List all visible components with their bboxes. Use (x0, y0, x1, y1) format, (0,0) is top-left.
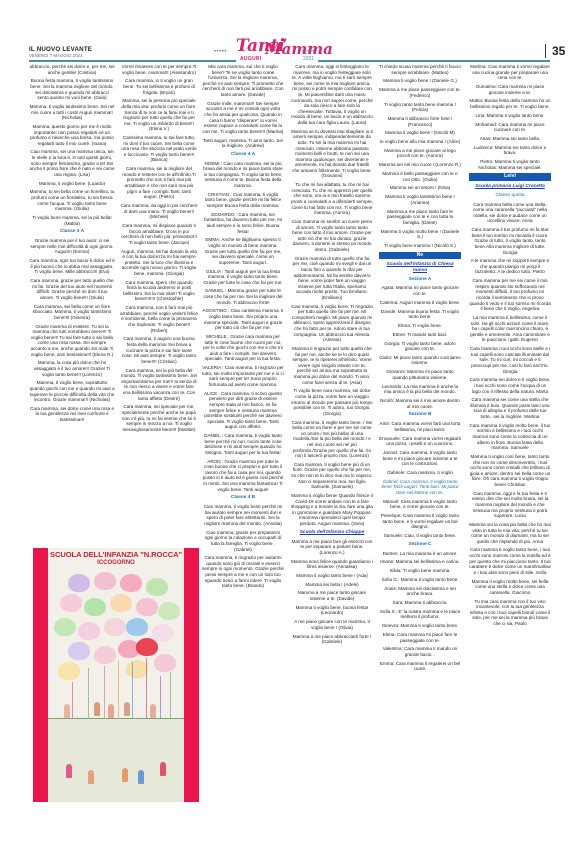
message: Mia cara mamma, sai che ti voglio bene? … (202, 64, 284, 98)
message: Mamma, ti voglio bene, soprattutto quand… (29, 380, 115, 402)
class-heading: Classe quinta (469, 193, 551, 199)
logo-year: 2021 (303, 56, 314, 62)
message: Mamma sei la cosa più bella che ho mai v… (469, 522, 551, 544)
message: Cara mamma il tuo profumo mi fa star ben… (469, 227, 551, 255)
message: GIULIA : Tanti auguri per la tua festa m… (202, 269, 284, 286)
message: Tu che mi hai allattata, tu che mi hai c… (291, 182, 373, 216)
message: Mamma ti ringrazio per tutto quello che … (291, 346, 373, 385)
class-heading: Classe 4 A (202, 152, 284, 158)
message: Mamma a me piace tanto giocare insieme a… (291, 590, 373, 601)
message: Agata: Mamma mi piace tanto giocare con … (379, 285, 461, 296)
message: VALERIA : Ciao mamma, ti ringrazio per t… (202, 365, 284, 387)
message: Ti voglio bene cara mamma, sei dolce com… (291, 388, 373, 416)
message: Cara mamma, ti ringrazio per aiutarmi qu… (202, 555, 284, 589)
message: Cara mamma ti voglio tanto bene, i tuoi … (469, 547, 551, 575)
message: Mamma ti voglio bene, buona festa! (Leon… (291, 605, 373, 616)
message: CRISTIAN : Ciao mamma, ti voglio tanto b… (202, 192, 284, 209)
message: Mamma ti voglio molto bene ! (Daniele S.… (379, 229, 461, 240)
page-number-divider (545, 44, 546, 58)
message: Mamma a me piace giocare ai lego piccoli… (379, 148, 461, 159)
message: Samuele: Ciao, ti voglio tanto bene. (379, 533, 461, 539)
message: Cara mamma, oggi si festeggiano le mamme… (291, 64, 373, 126)
message: Ciao mamma, ti voglio bene perché mi hai… (202, 504, 284, 526)
message: Mamma sono felice quando guardiamo i fil… (291, 559, 373, 570)
message: Auguri, mamma. Mi hai donato la vita e c… (120, 249, 198, 277)
message: Cara mamma, sei bella come un fiore sboc… (29, 304, 115, 321)
message: Mamma sei un tesoro ! (Nina) (379, 185, 461, 191)
message: Ti voglio bene mamma ! (Nicolò S.) (379, 243, 461, 249)
heart-balloon-icon (104, 618, 126, 636)
child-figure (122, 768, 128, 782)
newspaper-name: IL NUOVO LEVANTE (29, 46, 92, 53)
message: Ludovica: Mamma sei tanto dolce e brava. (469, 145, 551, 156)
message: Mamma ti voglio tantissimo bene ! (Arian… (379, 194, 461, 205)
message: Mamma se tu dovessi mai sbagliare io ti … (291, 129, 373, 179)
message: Grazie mamma di esistere. Tu sei la mamm… (29, 324, 115, 358)
column-2: Vorrei rimanere con te per sempre.Ti vog… (120, 64, 198, 435)
message: Cara mamma, ogni tuo bacio è dolce ed è … (29, 258, 115, 275)
drawing-canvas: SCUOLA DELL'INFANZIA "N.ROCCA" ICCOGORNO (48, 548, 184, 802)
message: Manuel: Cara mamma ti voglio tanto bene,… (379, 499, 461, 510)
message: Giorgia: Ti voglio tanto bene, adoro gio… (379, 341, 461, 352)
heart-balloon-icon (154, 654, 176, 672)
message: Ciao mamma, sei una mamma unica, sei le … (29, 149, 115, 177)
message: Grazie mille, mamma!!! Sei sempre accant… (202, 101, 284, 135)
message-highlighted: Gabriel: Cara mamma, ti voglio tanto ben… (379, 479, 461, 496)
message: Mamma ti voglio bene ! (Daniele G.) (379, 78, 461, 84)
heart-balloon-icon (68, 574, 90, 592)
child-figure (138, 770, 144, 784)
issue-date: VENERDÌ 7 MAGGIO 2021 (29, 53, 82, 58)
message: Mamma ti voglio tanto bene ! (Ada) (291, 573, 373, 579)
message: SAMUEL : Mamma grazie per tutte le cose … (202, 288, 284, 305)
page-number: 35 (552, 44, 565, 58)
message: Buona festa mamma, ti voglio tantissimo … (29, 78, 115, 100)
heart-balloon-icon (60, 594, 82, 612)
message: Cara mamma sei come una stella che illum… (469, 397, 551, 419)
heart-balloon-icon (58, 662, 80, 680)
message: Cara mamma, sei speciale per me, special… (120, 404, 198, 432)
message: Cara mamma ti voglio molto bene, il tuo … (469, 423, 551, 451)
header-rule-right (318, 60, 550, 62)
message: Mamma è bello passeggiare con te e con O… (379, 171, 461, 182)
message: Vorrei rimanere con te per sempre.Ti vog… (120, 64, 198, 75)
message: Grazie mamma per il tuo aiuto: ci sei se… (29, 238, 115, 255)
message: Cara mamma per me sei come il mio respir… (469, 278, 551, 312)
message: Ciao mamma mi sembri un cuore pieno di a… (291, 219, 373, 253)
message: Ettore: Ti mando tanti baci. (379, 332, 461, 338)
heart-balloon-icon (126, 618, 148, 636)
message: La mia mamma è bellissima, come il sole.… (469, 315, 551, 343)
message: Ti voglio tanto tanto bene mamma ! (Feli… (379, 102, 461, 113)
message: DANIEL : Cara mamma, ti voglio tanto ben… (202, 433, 284, 455)
heart-balloon-icon (136, 598, 158, 616)
child-figure (94, 702, 100, 716)
message: Elena: Cara mamma mi piace fare le passe… (379, 632, 461, 643)
message: Ti voglio bene mamma, sei la più bella! … (29, 215, 115, 226)
message: Cara mamma, sei dolce come una rosa e la… (29, 406, 115, 423)
message: Cara mamma bella come una stella, come u… (469, 202, 551, 224)
message: Imane: Mamma sei bellissima e carina. (379, 559, 461, 565)
message: Tu mia cara mamma con il tuo viso incant… (469, 599, 551, 627)
section-heading: Sezione C (379, 542, 461, 548)
heart-balloon-icon (94, 572, 116, 590)
message: Cara mamma, spero che quando finirà la s… (120, 280, 198, 302)
column-5: Ti chiedo scusa mamma perché ti faccio s… (379, 64, 461, 675)
message: Mamma, ti voglio tantissimo bene. Sei ne… (29, 104, 115, 121)
message: AGOSTINO : Ciao carissima mamma, ti vogl… (202, 308, 284, 330)
message: Mohamed: Cara mamma mi piace cucinare co… (469, 122, 551, 133)
message: Cara mamma, da oggi in poi cercherò di d… (120, 203, 198, 220)
message: Cara mamma, grazie per tutto quello che … (29, 278, 115, 300)
message: Cara mamma, ti auguro una buona festa de… (120, 336, 198, 364)
message: Cara mamma, io ti voglio un gran bene. T… (120, 78, 198, 95)
message: Sofia G.: Mamma ti voglio tanto bene. (379, 577, 461, 583)
message: Penelope: Cara mamma ti voglio tanto tan… (379, 513, 461, 530)
message: Sara: Mamma ti abbraccio. (379, 600, 461, 606)
message: MICHELE : Grazie cara mamma per tutte le… (202, 334, 284, 362)
class-heading: Classe 3 A (29, 229, 115, 235)
heart-balloon-icon (68, 642, 90, 660)
message: Tanti auguri, mamma. Ti amo tanto. Sei l… (202, 138, 284, 149)
heart-balloon-icon (94, 646, 116, 664)
school-heading-link[interactable]: Scuola dell'infanzia di Chiesa nuova (379, 262, 461, 273)
message: Nicholas: Mamma sei speciale. (469, 165, 551, 171)
message: ALICE : Cara mamma, ti scrivo questo pen… (202, 391, 284, 430)
masthead: IL NUOVO LEVANTE VENERDÌ 7 MAGGIO 2021 •… (0, 0, 580, 62)
message: Mamma a me piace fare gli esercizi con t… (291, 539, 373, 556)
child-figure (88, 770, 94, 784)
column-1: abbraccio, perché sei dolce e, per me, s… (29, 64, 115, 426)
message: Mamma, la cosa più dolce che ho assaggia… (29, 360, 115, 377)
message: Cara mamma, sei la più bella del mondo. … (120, 368, 198, 402)
heart-balloon-icon (84, 598, 106, 616)
message: Valentina: Cara mamma ti mando un grande… (379, 646, 461, 657)
section-heading: Sezione A (379, 277, 461, 283)
message: Mamma ti voglio bene ! (Nicolò M) (379, 130, 461, 136)
message: Giovanni: Mamma mi piace tanto quando pi… (379, 369, 461, 380)
message: Mamma, tu sei bella come un fiorellino, … (29, 189, 115, 211)
drawing-subtitle: ICCOGORNO (48, 560, 184, 566)
message: Oumaima: Cara mamma mi piace giocare ins… (469, 84, 551, 95)
message: Mamma ti voglio molto bene, sei bella co… (469, 579, 551, 596)
message: EDOARDO : Cara mamma, sei fantastica, fa… (202, 212, 284, 234)
child-figure (150, 704, 156, 718)
message: Martina: Ciao mamma ti vorrei regalare u… (469, 64, 551, 81)
message: Ti chiedo scusa mamma perché ti faccio s… (379, 64, 461, 75)
logo-mamma: Mamma (265, 40, 333, 58)
message: abbraccio, perché sei dolce e, per me, s… (29, 64, 115, 75)
column-4: Cara mamma, oggi si festeggiano le mamme… (291, 64, 373, 648)
message: A te mamma che mi sopporti sempre e che … (469, 258, 551, 275)
message: Ciao mamma, ti voglio bene. Ti ringrazio… (291, 304, 373, 343)
message: NOEMI : Ciao cara mamma, sei la più brav… (202, 161, 284, 189)
message: A me piace giocare con te mamma, ti vogl… (291, 619, 373, 630)
message: Emma: Cara mamma ti regalerei un bel cuo… (379, 661, 461, 672)
message: Mamma sei bella ! (Adele) (291, 582, 373, 588)
message: Mamma, ti voglio bene. (Luardo) (29, 181, 115, 187)
message: Pietro: Mamma ti voglio tanto (469, 159, 551, 165)
column-6: Martina: Ciao mamma ti vorrei regalare u… (469, 64, 551, 630)
heart-balloon-icon (78, 622, 100, 640)
section-heading: Sezione B (379, 412, 461, 418)
message: Mamma sei nel mio cuore ! (Lorenzo R.) (379, 162, 461, 168)
logo-auguri: AUGURI (240, 56, 262, 62)
school-heading-link[interactable]: Scuola primaria Luigi Crocetta (469, 184, 551, 190)
message: Lina: Mamma ti voglio tanto bene. (469, 113, 551, 119)
child-figure (64, 704, 70, 718)
message: Cara mamma, sei la migliore del mondo e … (120, 166, 198, 200)
message: Elena: Ti voglio bene. (379, 323, 461, 329)
message: Mattia: Buona festa della mamma ho un be… (469, 98, 551, 109)
decorative-dots-left: ••••• (214, 49, 227, 55)
message: Mamma ti abbraccio forte forte ! (France… (379, 116, 461, 127)
message: Sofia S.: E' la nostra mamma e le piace … (379, 609, 461, 620)
message: Caterina: Auguri mamma ti voglio bene. (379, 300, 461, 306)
school-heading-link[interactable]: Scuola dell'Infanzia Chiappe (291, 530, 373, 536)
message: Mamma, questo giorno per me è molto impo… (29, 124, 115, 146)
heart-balloon-icon (158, 602, 180, 620)
message: Jannat: Cara mamma, ti voglio tanto bene… (379, 450, 461, 467)
child-figure (124, 702, 130, 716)
message: Leonardo: La mia mamma è anche la mia am… (379, 384, 461, 395)
drawing-title: SCUOLA DELL'INFANZIA "N.ROCCA" (48, 550, 184, 559)
message: Anas: Mamma sei tanto bella. (469, 136, 551, 142)
message: Amir: Cara mamma vorrei farti una torta … (379, 421, 461, 432)
message: Mamma ti voglio bene! Quando finisce il … (291, 493, 373, 527)
decorative-dots-right: ••••• (302, 49, 315, 55)
message: Ciao mamma, oggi è la tua festa e ti vol… (469, 491, 551, 519)
message: Silvia: Ti voglio bene mamma. (379, 568, 461, 574)
message: Darsen: La mia mamma è un amore. (379, 551, 461, 557)
class-heading: Classe 4 B (202, 495, 284, 501)
message: EMMA: Anche se litighiamo spesso ti vogl… (202, 237, 284, 265)
town-banner: Ne (379, 252, 461, 260)
message: Emanuele: Cara mamma vorrei regalarti un… (379, 436, 461, 447)
message: Nicolò: Mamma sei il mio amore dentro al… (379, 398, 461, 409)
message: Mamma ti voglio così bene, tanto tanto c… (469, 454, 551, 488)
message: Davide: Mamma buona festa. Ti voglio tan… (379, 309, 461, 320)
message: Cara mamma, ti voglio tanto bene. / Sei … (291, 420, 373, 459)
heart-balloon-icon (120, 574, 142, 592)
message: Ciao mamma, grazie per prepararmi ogni g… (202, 530, 284, 552)
message: Mamma a me piace passeggiare con te. (Fe… (379, 87, 461, 98)
message: Io voglio bene alla mia mamma ! (Alice) (379, 139, 461, 145)
message: Mamma a me piace tanto fare le passeggia… (379, 209, 461, 226)
heart-balloon-icon (146, 578, 168, 596)
child-figure (160, 762, 166, 776)
school-drawing-image: SCUOLA DELL'INFANZIA "N.ROCCA" ICCOGORNO (33, 548, 199, 802)
message: Anais: Mamma sei dolcissima e sei anche … (379, 586, 461, 597)
message: Carissima mamma, tu sai fare tutto, mi d… (120, 135, 198, 163)
child-figure (66, 764, 72, 778)
message: Mamma a me piace abbracciarti forte ! (G… (291, 634, 373, 645)
heart-balloon-icon (136, 638, 158, 656)
heart-balloon-icon (126, 660, 148, 678)
town-banner: Leivi (469, 173, 551, 181)
page-corner-mark: - (30, 828, 31, 833)
message: Cara mamma, ti voglio bene più di un fio… (291, 462, 373, 490)
message: Mamma, sei la persona più speciale della… (120, 98, 198, 132)
heart-balloon-icon (152, 624, 174, 642)
message: Ginevra: Mamma ti voglio tanto bene. (379, 623, 461, 629)
header-rule-left (29, 60, 236, 62)
drawing-ground (48, 718, 184, 802)
column-3: Mia cara mamma, sai che ti voglio bene? … (202, 64, 284, 592)
message: Cara mamma, mi dispiace quando ti faccio… (120, 223, 198, 245)
child-figure (108, 704, 114, 718)
message: Cara mamma, non ti farò mai più arrabbia… (120, 305, 198, 333)
message: Grazie mamma di tutto quello che fai per… (291, 256, 373, 301)
message: Cara mamma sei dolce e ti voglio bene, i… (469, 377, 551, 394)
heart-balloon-icon (54, 618, 76, 636)
message: Gabriele: Cara mamma, ti voglio (379, 470, 461, 476)
message: Cara mamma i tuoi occhi sono stelle e i … (469, 346, 551, 374)
heart-balloon-icon (110, 594, 132, 612)
message: ARON : Grazie mamma per tutte le cose bu… (202, 459, 284, 493)
message: Giulio: Mi piace tanto quando cuciniamo … (379, 355, 461, 366)
